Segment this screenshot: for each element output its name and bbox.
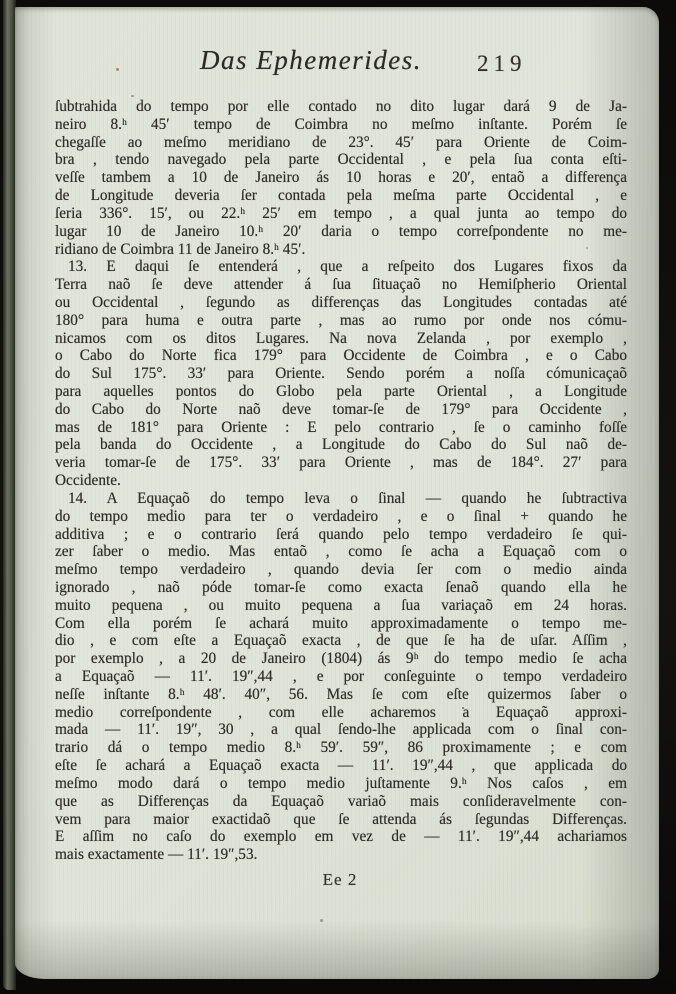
text-line: do Sul 175°. 33′ para Oriente. Sendo por… <box>55 365 627 383</box>
text-line: por exemplo , a 20 de Janeiro (1804) ás … <box>55 650 627 668</box>
text-line: veſſe tambem a 10 de Janeiro ás 10 horas… <box>55 169 627 187</box>
text-line: lugar 10 de Janeiro 10.ʰ 20′ daria o tem… <box>55 223 627 241</box>
text-line: 14. A Equaçaõ do tempo leva o ſinal — qu… <box>55 490 627 508</box>
scanned-book-page: Das Ephemerides. 219 ſubtrahida do tempo… <box>0 0 676 994</box>
text-line: ſeria 336°. 15′, ou 22.ʰ 25′ em tempo , … <box>55 205 627 223</box>
text-line: eſte ſe achará a Equaçaõ exacta — 11′. 1… <box>55 757 627 775</box>
text-line: ſubtrahida do tempo por elle contado no … <box>55 98 627 116</box>
text-line: para aquelles pontos do Globo pela parte… <box>55 383 627 401</box>
text-line: 13. E daqui ſe entenderá , que a reſpeit… <box>55 258 627 276</box>
text-line: medio correſpondente , com elle acharemo… <box>55 704 627 722</box>
signature-mark: Ee 2 <box>280 870 400 890</box>
text-line: E aſſim no caſo do exemplo em vez de — 1… <box>55 828 627 846</box>
text-line: trario dá o tempo medio 8.ʰ 59′. 59″, 86… <box>55 739 627 757</box>
text-line: ou Occidental , ſegundo as differenças d… <box>55 294 627 312</box>
text-line: meſmo modo dará o tempo medio juſtamente… <box>55 775 627 793</box>
text-line: o Cabo do Norte fica 179° para Occidente… <box>55 347 627 365</box>
page-number: 219 <box>477 51 527 77</box>
text-line: 180° para huma e outra parte , mas ao ru… <box>55 312 627 330</box>
text-line: neiro 8.ʰ 45′ tempo de Coimbra no meſmo … <box>55 116 627 134</box>
text-line: Com ella porém ſe achará muito approxima… <box>55 615 627 633</box>
text-line: pela banda do Occidente , a Longitude do… <box>55 436 627 454</box>
text-line: mada — 11′. 19″, 30 , a qual ſendo-lhe a… <box>55 721 627 739</box>
text-line: que as Differenças da Equaçaõ variaõ mai… <box>55 793 627 811</box>
text-line: Occidente. <box>55 472 627 490</box>
text-line: veria tomar-ſe de 175°. 33′ para Oriente… <box>55 454 627 472</box>
text-line: chegaſſe ao meſmo meridiano de 23°. 45′ … <box>55 134 627 152</box>
text-line: do Cabo do Norte naõ deve tomar-ſe de 17… <box>55 401 627 419</box>
text-line: bra , tendo navegado pela parte Occident… <box>55 151 627 169</box>
page-header: Das Ephemerides. 219 <box>55 45 627 87</box>
text-block: ſubtrahida do tempo por elle contado no … <box>55 98 627 864</box>
text-line: additiva ; e o contrario ſerá quando pel… <box>55 526 627 544</box>
text-line: neſſe inſtante 8.ʰ 48′. 40″, 56. Mas ſe … <box>55 686 627 704</box>
text-line: zer ſaber o medio. Mas entaõ , como ſe a… <box>55 543 627 561</box>
text-line: mas de 181° para Oriente : E pelo contra… <box>55 419 627 437</box>
text-line: Terra naõ ſe deve attender á ſua ſituaça… <box>55 276 627 294</box>
text-line: ridiano de Coimbra 11 de Janeiro 8.ʰ 45′… <box>55 241 627 259</box>
text-line: vem para maior exactidaõ que ſe attenda … <box>55 811 627 829</box>
paper-speck <box>320 919 323 922</box>
text-line: meſmo tempo verdadeiro , quando devia ſe… <box>55 561 627 579</box>
text-line: ignorado , naõ póde tomar-ſe como exacta… <box>55 579 627 597</box>
text-line: nicamos com os ditos Lugares. Na nova Ze… <box>55 330 627 348</box>
text-line: do tempo medio para ter o verdadeiro , e… <box>55 508 627 526</box>
text-line: mais exactamente — 11′. 19″,53. <box>55 846 627 864</box>
text-line: dio , e com eſte a Equaçaõ exacta , de q… <box>55 632 627 650</box>
paper-speck <box>131 95 134 97</box>
text-line: a Equaçaõ — 11′. 19″,44 , e por conſegui… <box>55 668 627 686</box>
text-line: muito pequena , ou muito pequena a ſua v… <box>55 597 627 615</box>
text-line: de Longitude deveria ſer contada pela me… <box>55 187 627 205</box>
page-paper: Das Ephemerides. 219 ſubtrahida do tempo… <box>15 7 659 979</box>
running-title: Das Ephemerides. <box>200 45 422 76</box>
